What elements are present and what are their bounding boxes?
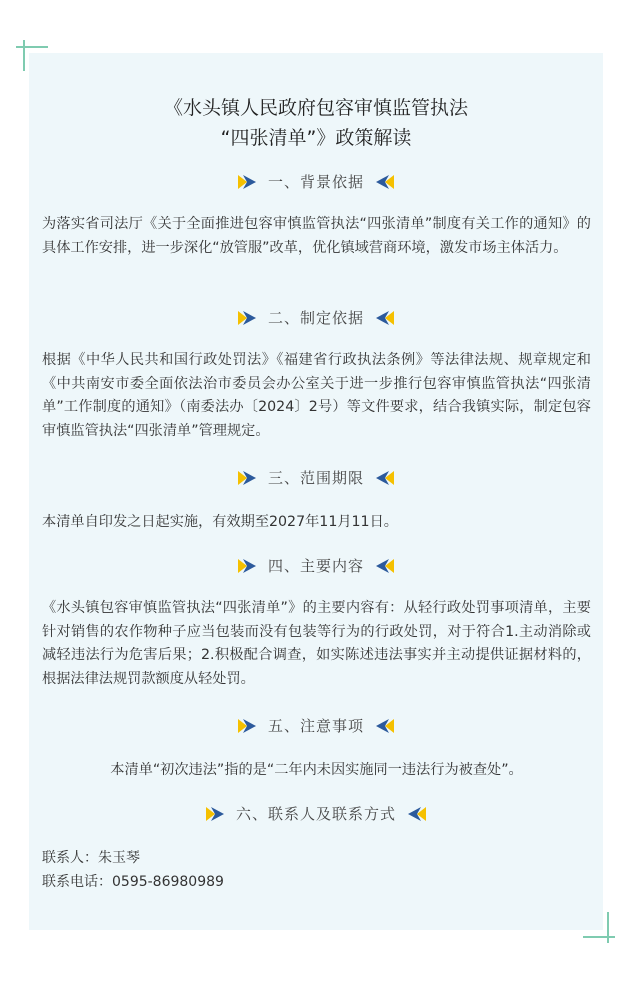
section-heading-contact: 六、联系人及联系方式 <box>29 804 603 826</box>
left-arrow-icon <box>406 807 426 821</box>
section-text-background: 为落实省司法厅《关于全面推进包容审慎监管执法“四张清单”制度有关工作的通知》的具… <box>42 213 591 260</box>
corner-mark-top-left-horizontal <box>16 46 48 48</box>
right-arrow-icon <box>238 719 258 733</box>
section-heading-text: 六、联系人及联系方式 <box>236 804 396 824</box>
section-heading-text: 五、注意事项 <box>268 716 364 736</box>
section-heading-text: 三、范围期限 <box>268 468 364 488</box>
right-arrow-icon <box>238 175 258 189</box>
title-line-2: “四张清单”》政策解读 <box>29 123 603 153</box>
section-text-scope: 本清单自印发之日起实施，有效期至2027年11月11日。 <box>42 511 591 535</box>
right-arrow-icon <box>238 559 258 573</box>
section-heading-text: 一、背景依据 <box>268 172 364 192</box>
section-heading-basis: 二、制定依据 <box>29 308 603 330</box>
section-heading-scope: 三、范围期限 <box>29 468 603 490</box>
section-heading-notes: 五、注意事项 <box>29 716 603 738</box>
left-arrow-icon <box>374 311 394 325</box>
section-heading-text: 二、制定依据 <box>268 308 364 328</box>
left-arrow-icon <box>374 471 394 485</box>
corner-mark-top-left-vertical <box>23 40 25 71</box>
page-title: 《水头镇人民政府包容审慎监管执法 “四张清单”》政策解读 <box>29 93 603 153</box>
contact-person: 联系人：朱玉琴 <box>42 846 140 870</box>
left-arrow-icon <box>374 559 394 573</box>
left-arrow-icon <box>374 719 394 733</box>
section-text-notes: 本清单“初次违法”指的是“二年内未因实施同一违法行为被查处”。 <box>42 759 591 783</box>
section-text-basis: 根据《中华人民共和国行政处罚法》《福建省行政执法条例》等法律法规、规章规定和《中… <box>42 349 591 443</box>
title-line-1: 《水头镇人民政府包容审慎监管执法 <box>29 93 603 123</box>
section-heading-background: 一、背景依据 <box>29 172 603 194</box>
corner-mark-bottom-right-horizontal <box>583 936 615 938</box>
right-arrow-icon <box>238 311 258 325</box>
section-heading-text: 四、主要内容 <box>268 556 364 576</box>
corner-mark-bottom-right-vertical <box>607 912 609 943</box>
policy-card: 《水头镇人民政府包容审慎监管执法 “四张清单”》政策解读 一、背景依据 为落实省… <box>29 53 603 930</box>
section-text-content: 《水头镇包容审慎监管执法“四张清单”》的主要内容有：从轻行政处罚事项清单，主要针… <box>42 597 591 691</box>
contact-phone: 联系电话：0595-86980989 <box>42 870 224 894</box>
right-arrow-icon <box>238 471 258 485</box>
left-arrow-icon <box>374 175 394 189</box>
right-arrow-icon <box>206 807 226 821</box>
section-heading-content: 四、主要内容 <box>29 556 603 578</box>
